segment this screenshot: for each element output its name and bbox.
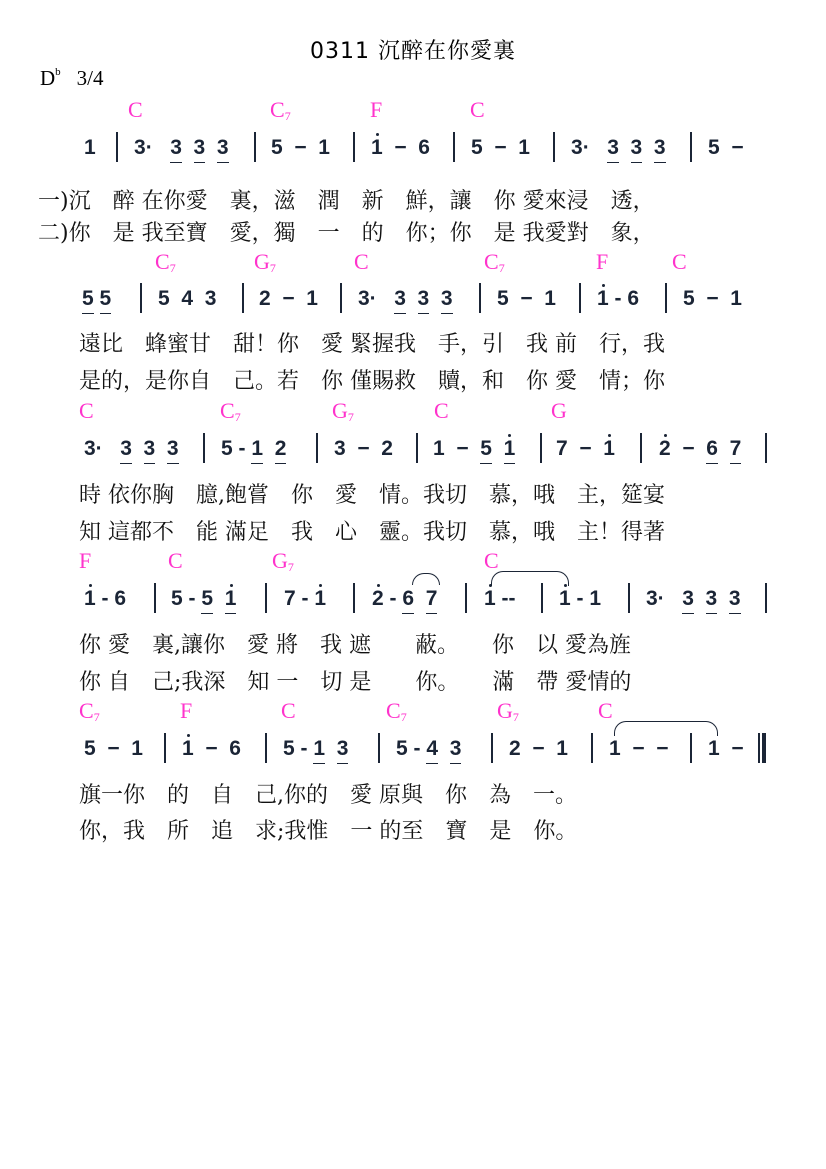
slur	[412, 573, 440, 585]
chord-symbol: C	[598, 698, 613, 724]
chord-symbol: C	[484, 548, 499, 574]
chord-symbol: C7	[386, 698, 407, 725]
measure: 5 − 1	[683, 287, 742, 311]
measure: 1 --	[484, 587, 516, 611]
lyric-verse-2: 知 這都不 能 滿足 我 心 靈。我切 慕，哦 主！得著	[79, 515, 826, 546]
measure: 3· 3 3 3	[571, 136, 666, 160]
key-tonic: D	[40, 66, 55, 90]
measure: 2 − 1	[259, 287, 318, 311]
notation-line: 5 − 1 1 − 6 5 - 1 3 5 - 4 3 2 − 1 1 − − …	[0, 737, 826, 777]
lyric-verse-2: 二)你 是 我至寶 愛，獨 一 的 你；你 是 我愛對 象，	[38, 216, 826, 247]
lyric-verse-1: 你 愛 裏,讓你 愛 將 我 遮 蔽。 你 以 愛為旌	[79, 628, 826, 659]
tie	[491, 571, 569, 586]
measure: 5 - 4 3	[396, 737, 461, 761]
measure: 5 − 1	[471, 136, 530, 160]
chord-symbol: C	[354, 249, 369, 275]
chord-symbol: C7	[270, 97, 291, 124]
notation-line: 5 5 5 4 3 2 − 1 3· 3 3 3 5 − 1 1 - 6 5 −…	[0, 287, 826, 327]
sheet-music-page: 0311 沉醉在你愛裏 Db3/4 C C7 F C 1 3· 3 3 3 5 …	[0, 0, 826, 1169]
measure: 3· 3 3 3	[358, 287, 453, 311]
measure: 1 − 6	[182, 737, 241, 761]
key-accidental: b	[55, 66, 61, 78]
notation-line: 1 - 6 5 - 5 1 7 - 1 2 - 6 7 1 -- 1 - 1 3…	[0, 587, 826, 627]
final-barline	[758, 733, 760, 763]
measure: 1 − −	[609, 737, 669, 761]
time-signature: 3/4	[77, 66, 104, 90]
chord-symbol: G7	[497, 698, 519, 725]
measure: 3 − 2	[334, 437, 393, 461]
chord-symbol: C7	[79, 698, 100, 725]
measure: 1 - 6	[597, 287, 639, 311]
measure: 1 - 6	[84, 587, 126, 611]
measure: 1 - 1	[559, 587, 601, 611]
chord-symbol: C	[434, 398, 449, 424]
measure: 1 −	[708, 737, 744, 761]
measure: 5 − 1	[84, 737, 143, 761]
measure: 1 − 6	[371, 136, 430, 160]
lyric-verse-2: 你，我 所 追 求;我惟 一 的至 寶 是 你。	[79, 814, 826, 845]
chord-symbol: G7	[332, 398, 354, 425]
key-signature: Db3/4	[40, 66, 104, 91]
measure: 3· 3 3 3	[134, 136, 229, 160]
measure: 5 5	[82, 287, 111, 311]
measure: 7 − 1	[556, 437, 615, 461]
lyric-verse-2: 你 自 己;我深 知 一 切 是 你。 滿 帶 愛情的	[79, 665, 826, 696]
final-barline-thick	[762, 733, 766, 763]
chord-symbol: F	[79, 548, 91, 574]
measure: 5 − 1	[271, 136, 330, 160]
song-title: 0311 沉醉在你愛裏	[0, 34, 826, 65]
measure: 5 −	[708, 136, 744, 160]
chord-symbol: C	[672, 249, 687, 275]
measure: 5 - 1 2	[221, 437, 286, 461]
chord-symbol: F	[180, 698, 192, 724]
lyric-verse-1: 旗一你 的 自 己,你的 愛 原與 你 為 一。	[79, 778, 826, 809]
chord-symbol: C	[281, 698, 296, 724]
measure: 5 - 5 1	[171, 587, 236, 611]
chord-symbol: C	[470, 97, 485, 123]
measure: 1 − 5 1	[433, 437, 515, 461]
lyric-verse-1: 遠比 蜂蜜甘 甜！你 愛 緊握我 手，引 我 前 行，我	[79, 327, 826, 358]
chord-symbol: C7	[484, 249, 505, 276]
measure: 2 − 1	[509, 737, 568, 761]
chord-symbol: G7	[272, 548, 294, 575]
lyric-verse-2: 是的，是你自 己。若 你 僅賜救 贖，和 你 愛 情；你	[79, 364, 826, 395]
notation-line: 1 3· 3 3 3 5 − 1 1 − 6 5 − 1 3· 3 3 3 5 …	[0, 136, 826, 176]
measure: 3· 3 3 3	[84, 437, 179, 461]
chord-symbol: G7	[254, 249, 276, 276]
chord-symbol: G	[551, 398, 567, 424]
measure: 2 − 6 7	[659, 437, 741, 461]
chord-symbol: C	[128, 97, 143, 123]
chord-symbol: C7	[220, 398, 241, 425]
measure: 5 − 1	[497, 287, 556, 311]
chord-symbol: C7	[155, 249, 176, 276]
measure: 5 - 1 3	[283, 737, 348, 761]
tie	[614, 721, 718, 736]
measure: 3· 3 3 3	[646, 587, 741, 611]
measure: 5 4 3	[158, 287, 216, 311]
notation-line: 3· 3 3 3 5 - 1 2 3 − 2 1 − 5 1 7 − 1 2 −…	[0, 437, 826, 477]
lyric-verse-1: 一)沉 醉 在你愛 裏，滋 潤 新 鮮，讓 你 愛來浸 透，	[38, 184, 826, 215]
measure: 2 - 6 7	[372, 587, 437, 611]
lyric-verse-1: 時 依你胸 臆,飽嘗 你 愛 情。我切 慕，哦 主，筵宴	[79, 478, 826, 509]
chord-symbol: C	[79, 398, 94, 424]
measure: 7 - 1	[284, 587, 326, 611]
chord-symbol: F	[370, 97, 382, 123]
chord-symbol: F	[596, 249, 608, 275]
chord-symbol: C	[168, 548, 183, 574]
measure: 1	[84, 136, 96, 160]
